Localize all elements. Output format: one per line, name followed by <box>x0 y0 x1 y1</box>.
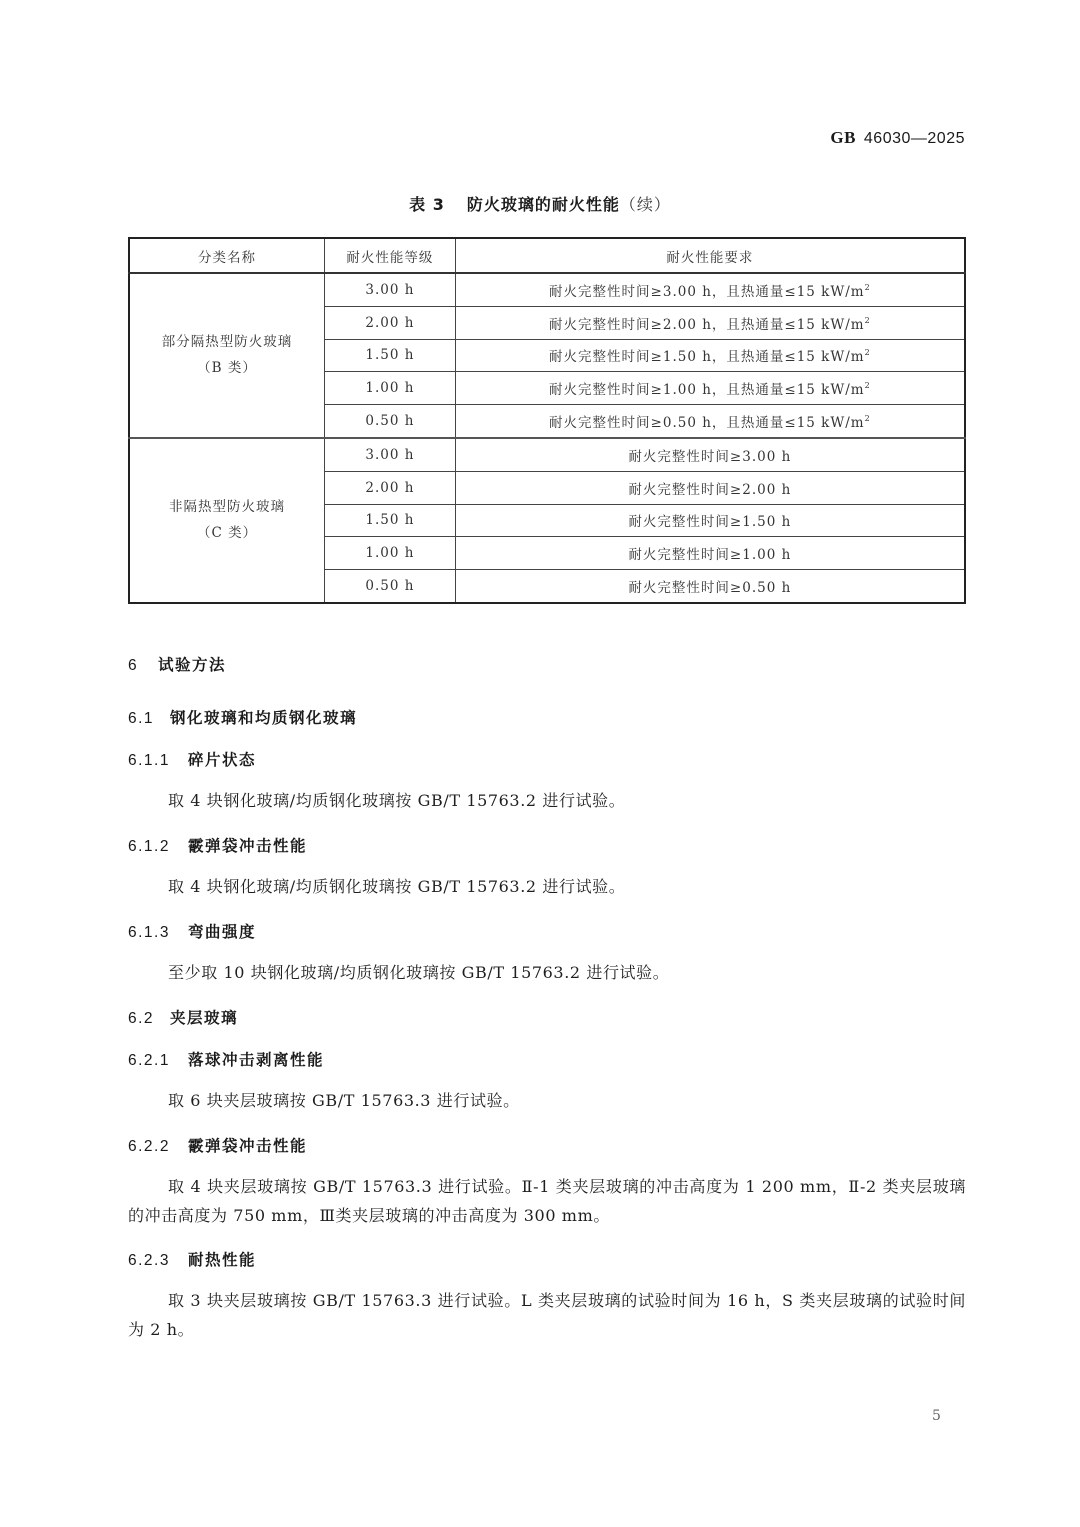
table-row: 非隔热型防火玻璃 （C 类） 3.00 h 耐火完整性时间≥3.00 h <box>129 438 965 471</box>
category-cell-c: 非隔热型防火玻璃 （C 类） <box>129 438 325 603</box>
paragraph-6-2-1: 取 6 块夹层玻璃按 GB/T 15763.3 进行试验。 <box>128 1086 966 1115</box>
standard-number: 46030—2025 <box>864 130 965 147</box>
section-heading-6-1: 6.1钢化玻璃和均质钢化玻璃 <box>128 706 357 728</box>
grade-cell: 1.00 h <box>325 537 456 570</box>
category-cell-b: 部分隔热型防火玻璃 （B 类） <box>129 273 325 438</box>
standard-number-header: GB46030—2025 <box>830 128 965 148</box>
paragraph-6-1-2: 取 4 块钢化玻璃/均质钢化玻璃按 GB/T 15763.2 进行试验。 <box>128 872 966 901</box>
table-caption-continued: （续） <box>620 195 671 214</box>
category-name: 部分隔热型防火玻璃 <box>130 329 324 355</box>
requirement-cell: 耐火完整性时间≥3.00 h，且热通量≤15 kW/m2 <box>455 273 965 306</box>
requirement-cell: 耐火完整性时间≥2.00 h <box>455 471 965 504</box>
paragraph-6-2-3: 取 3 块夹层玻璃按 GB/T 15763.3 进行试验。L 类夹层玻璃的试验时… <box>128 1286 966 1344</box>
requirement-cell: 耐火完整性时间≥1.50 h，且热通量≤15 kW/m2 <box>455 339 965 372</box>
section-heading-6-1-2: 6.1.2霰弹袋冲击性能 <box>128 834 307 856</box>
requirement-cell: 耐火完整性时间≥1.00 h <box>455 537 965 570</box>
grade-cell: 1.00 h <box>325 372 456 405</box>
section-heading-6-1-3: 6.1.3弯曲强度 <box>128 920 256 942</box>
requirement-cell: 耐火完整性时间≥2.00 h，且热通量≤15 kW/m2 <box>455 306 965 339</box>
grade-cell: 3.00 h <box>325 273 456 306</box>
requirement-cell: 耐火完整性时间≥0.50 h，且热通量≤15 kW/m2 <box>455 405 965 438</box>
requirement-cell: 耐火完整性时间≥1.00 h，且热通量≤15 kW/m2 <box>455 372 965 405</box>
section-heading-6-2-2: 6.2.2霰弹袋冲击性能 <box>128 1134 307 1156</box>
grade-cell: 2.00 h <box>325 471 456 504</box>
grade-cell: 2.00 h <box>325 306 456 339</box>
requirement-cell: 耐火完整性时间≥1.50 h <box>455 504 965 537</box>
grade-cell: 1.50 h <box>325 339 456 372</box>
table-caption: 表 3防火玻璃的耐火性能（续） <box>0 192 1080 215</box>
column-header-category: 分类名称 <box>129 238 325 273</box>
section-heading-6-2-1: 6.2.1落球冲击剥离性能 <box>128 1048 324 1070</box>
column-header-grade: 耐火性能等级 <box>325 238 456 273</box>
table-caption-title: 防火玻璃的耐火性能 <box>467 195 620 214</box>
paragraph-6-1-3: 至少取 10 块钢化玻璃/均质钢化玻璃按 GB/T 15763.2 进行试验。 <box>128 958 966 987</box>
grade-cell: 3.00 h <box>325 438 456 471</box>
section-heading-6: 6试验方法 <box>128 653 226 675</box>
grade-cell: 1.50 h <box>325 504 456 537</box>
category-class: （B 类） <box>130 355 324 381</box>
requirement-cell: 耐火完整性时间≥3.00 h <box>455 438 965 471</box>
category-name: 非隔热型防火玻璃 <box>130 494 324 520</box>
paragraph-6-1-1: 取 4 块钢化玻璃/均质钢化玻璃按 GB/T 15763.2 进行试验。 <box>128 786 966 815</box>
section-heading-6-1-1: 6.1.1碎片状态 <box>128 748 256 770</box>
page-number: 5 <box>932 1408 941 1424</box>
requirement-cell: 耐火完整性时间≥0.50 h <box>455 570 965 603</box>
column-header-requirement: 耐火性能要求 <box>455 238 965 273</box>
grade-cell: 0.50 h <box>325 405 456 438</box>
section-heading-6-2-3: 6.2.3耐热性能 <box>128 1248 256 1270</box>
fire-resistance-table: 分类名称 耐火性能等级 耐火性能要求 部分隔热型防火玻璃 （B 类） 3.00 … <box>128 237 966 604</box>
category-class: （C 类） <box>130 520 324 546</box>
paragraph-6-2-2: 取 4 块夹层玻璃按 GB/T 15763.3 进行试验。Ⅱ-1 类夹层玻璃的冲… <box>128 1172 966 1230</box>
standard-prefix: GB <box>830 128 856 147</box>
table-row: 部分隔热型防火玻璃 （B 类） 3.00 h 耐火完整性时间≥3.00 h，且热… <box>129 273 965 306</box>
grade-cell: 0.50 h <box>325 570 456 603</box>
section-heading-6-2: 6.2夹层玻璃 <box>128 1006 238 1028</box>
table-caption-number: 表 3 <box>409 195 445 214</box>
table-header-row: 分类名称 耐火性能等级 耐火性能要求 <box>129 238 965 273</box>
